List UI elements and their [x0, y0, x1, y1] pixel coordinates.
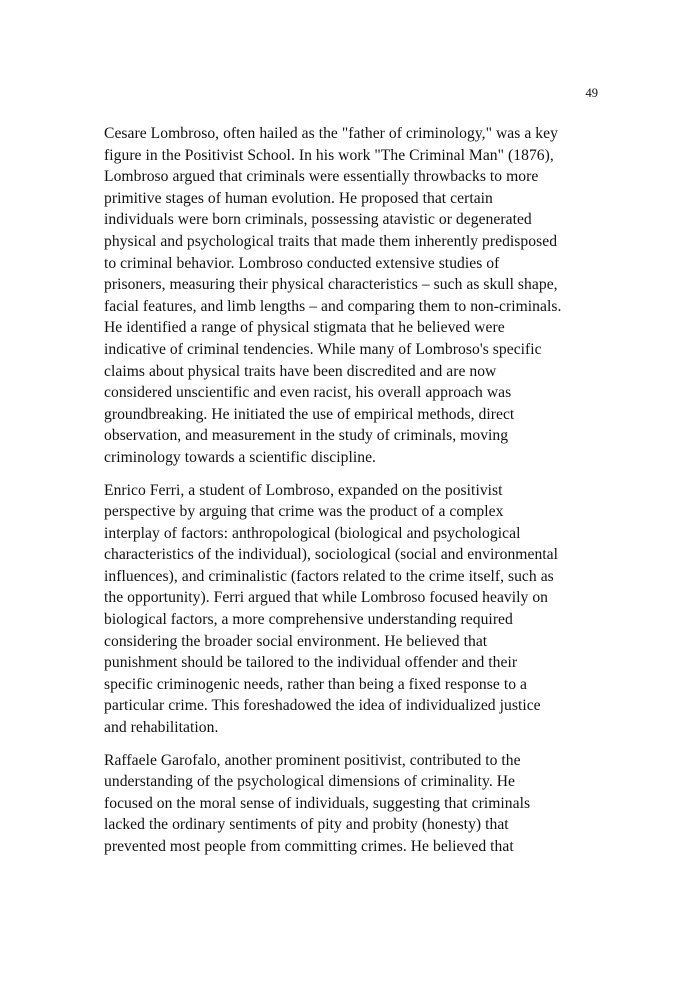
text-line: figure in the Positivist School. In his …	[104, 145, 600, 167]
text-line: the opportunity). Ferri argued that whil…	[104, 587, 600, 609]
text-line: focused on the moral sense of individual…	[104, 793, 600, 815]
text-line: to criminal behavior. Lombroso conducted…	[104, 253, 600, 275]
document-body: Cesare Lombroso, often hailed as the "fa…	[104, 123, 600, 869]
text-line: claims about physical traits have been d…	[104, 361, 600, 383]
text-line: criminology towards a scientific discipl…	[104, 447, 600, 469]
text-line: punishment should be tailored to the ind…	[104, 652, 600, 674]
paragraph-lombroso: Cesare Lombroso, often hailed as the "fa…	[104, 123, 600, 469]
text-line: observation, and measurement in the stud…	[104, 425, 600, 447]
text-line: physical and psychological traits that m…	[104, 231, 600, 253]
text-line: Raffaele Garofalo, another prominent pos…	[104, 750, 600, 772]
paragraph-ferri: Enrico Ferri, a student of Lombroso, exp…	[104, 480, 600, 739]
text-line: considering the broader social environme…	[104, 631, 600, 653]
text-line: prevented most people from committing cr…	[104, 836, 600, 858]
text-line: influences), and criminalistic (factors …	[104, 566, 600, 588]
text-line: prisoners, measuring their physical char…	[104, 274, 600, 296]
text-line: interplay of factors: anthropological (b…	[104, 523, 600, 545]
text-line: facial features, and limb lengths – and …	[104, 296, 600, 318]
text-line: and rehabilitation.	[104, 717, 600, 739]
text-line: particular crime. This foreshadowed the …	[104, 695, 600, 717]
text-line: considered unscientific and even racist,…	[104, 382, 600, 404]
paragraph-garofalo: Raffaele Garofalo, another prominent pos…	[104, 750, 600, 858]
text-line: specific criminogenic needs, rather than…	[104, 674, 600, 696]
page-number: 49	[586, 85, 599, 101]
text-line: indicative of criminal tendencies. While…	[104, 339, 600, 361]
text-line: groundbreaking. He initiated the use of …	[104, 404, 600, 426]
text-line: characteristics of the individual), soci…	[104, 544, 600, 566]
text-line: individuals were born criminals, possess…	[104, 209, 600, 231]
text-line: understanding of the psychological dimen…	[104, 771, 600, 793]
text-line: He identified a range of physical stigma…	[104, 317, 600, 339]
text-line: Cesare Lombroso, often hailed as the "fa…	[104, 123, 600, 145]
text-line: Enrico Ferri, a student of Lombroso, exp…	[104, 480, 600, 502]
text-line: Lombroso argued that criminals were esse…	[104, 166, 600, 188]
text-line: primitive stages of human evolution. He …	[104, 188, 600, 210]
text-line: lacked the ordinary sentiments of pity a…	[104, 814, 600, 836]
text-line: biological factors, a more comprehensive…	[104, 609, 600, 631]
text-line: perspective by arguing that crime was th…	[104, 501, 600, 523]
